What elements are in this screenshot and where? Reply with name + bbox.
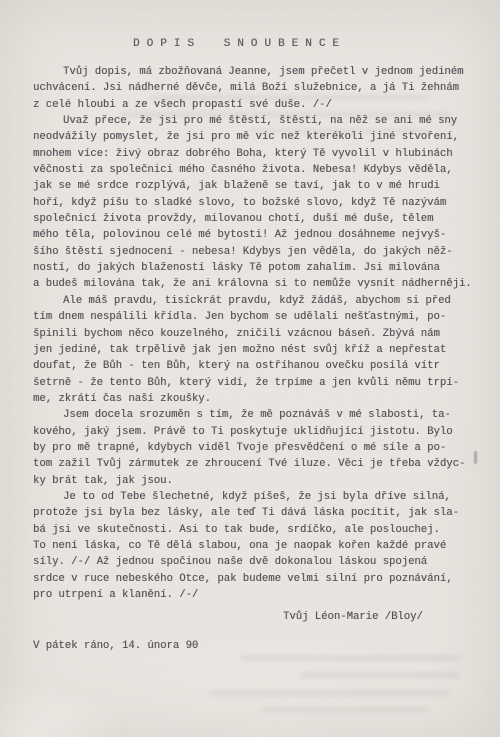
paragraph: Ale máš pravdu, tisíckrát pravdu, když ž…	[33, 293, 489, 407]
letter-line: me, zkrátí čas naší zkoušky.	[33, 391, 489, 407]
letter-line: šetrně - že tento Bůh, který vidí, že tr…	[33, 375, 489, 391]
letter-line: ností, do jakých blažeností lásky Tě pot…	[33, 260, 489, 276]
letter-title: DOPIS SNOUBENCE	[133, 38, 346, 50]
letter-line: hoří, když píšu to sladké slovo, to božs…	[33, 195, 489, 211]
letter-line: jen jediné, tak trpělivě jak jen možno n…	[33, 342, 489, 358]
letter-line: věčnosti za společnici mého časného živo…	[33, 162, 489, 178]
letter-line: jak se mé srdce rozplývá, jak blaženě se…	[33, 178, 489, 194]
letter-line: špinili bychom něco kouzelného, zničili …	[33, 326, 489, 342]
letter-line: Uvaž přece, že jsi pro mé štěstí, štěstí…	[33, 113, 489, 129]
letter-line: tím dnem nespálili křídla. Jen bychom se…	[33, 309, 489, 325]
paragraph: Je to od Tebe šlechetné, když píšeš, že …	[33, 489, 489, 603]
letter-line: mého těla, polovinou celé mé bytosti! Až…	[33, 227, 489, 243]
letter-line: společnicí života provždy, milovanou cho…	[33, 211, 489, 227]
letter-line: tom zažil Tvůj zármutek ze zhroucení Tvé…	[33, 456, 489, 472]
paragraph: Jsem docela srozuměn s tím, že mě poznáv…	[33, 407, 489, 489]
scanned-letter-page: DOPIS SNOUBENCE Tvůj dopis, má zbožňovan…	[0, 0, 500, 737]
bleedthrough-smudge	[300, 672, 460, 678]
letter-line: ky brát tak, jak jsou.	[33, 473, 489, 489]
signature-line: Tvůj Léon-Marie /Bloy/	[283, 609, 489, 625]
bleedthrough-smudge	[240, 655, 460, 661]
letter-line: kového, jaký jsem. Právě to Ti poskytuje…	[33, 424, 489, 440]
paragraph: Uvaž přece, že jsi pro mé štěstí, štěstí…	[33, 113, 489, 293]
letter-line: mnohem více: živý obraz dobrého Boha, kt…	[33, 146, 489, 162]
bleedthrough-smudge	[260, 707, 430, 712]
letter-content: DOPIS SNOUBENCE Tvůj dopis, má zbožňovan…	[33, 38, 489, 654]
letter-line: uchvácení. Jsi nádherné děvče, milá Boží…	[33, 80, 489, 96]
letter-line: Tvůj dopis, má zbožňovaná Jeanne, jsem p…	[33, 64, 489, 80]
letter-line: Ale máš pravdu, tisíckrát pravdu, když ž…	[33, 293, 489, 309]
letter-line: Je to od Tebe šlechetné, když píšeš, že …	[33, 489, 489, 505]
letter-line: pro utrpení a klanění. /-/	[33, 587, 489, 603]
letter-line: To není láska, co Tě dělá slabou, ona je…	[33, 538, 489, 554]
letter-line: Jsem docela srozuměn s tím, že mě poznáv…	[33, 407, 489, 423]
letter-line: doufat, že Bůh - ten Bůh, který na ostří…	[33, 358, 489, 374]
letter-line: neodvážily pomyslet, že jsi pro mě víc n…	[33, 129, 489, 145]
letter-line: srdce v ruce nebeského Otce, pak budeme …	[33, 571, 489, 587]
letter-line: by pro mě trapné, kdybych viděl Tvoje př…	[33, 440, 489, 456]
bleedthrough-smudge	[210, 690, 450, 696]
letter-line: protože jsi byla bez lásky, ale teď Ti d…	[33, 505, 489, 521]
letter-line: bá jsi ve skutečnosti. Asi to tak bude, …	[33, 522, 489, 538]
letter-line: z celé hloubi a ze všech propastí své du…	[33, 97, 489, 113]
letter-line: a budeš milována tak, že ani královna si…	[33, 276, 489, 292]
paragraph: Tvůj dopis, má zbožňovaná Jeanne, jsem p…	[33, 64, 489, 113]
dateline: V pátek ráno, 14. února 90	[33, 638, 489, 654]
letter-line: síly. /-/ Až jednou spočinou naše dvě do…	[33, 554, 489, 570]
letter-body: Tvůj dopis, má zbožňovaná Jeanne, jsem p…	[33, 64, 489, 603]
letter-line: šího štěstí sjednocení - nebesa! Kdybys …	[33, 244, 489, 260]
